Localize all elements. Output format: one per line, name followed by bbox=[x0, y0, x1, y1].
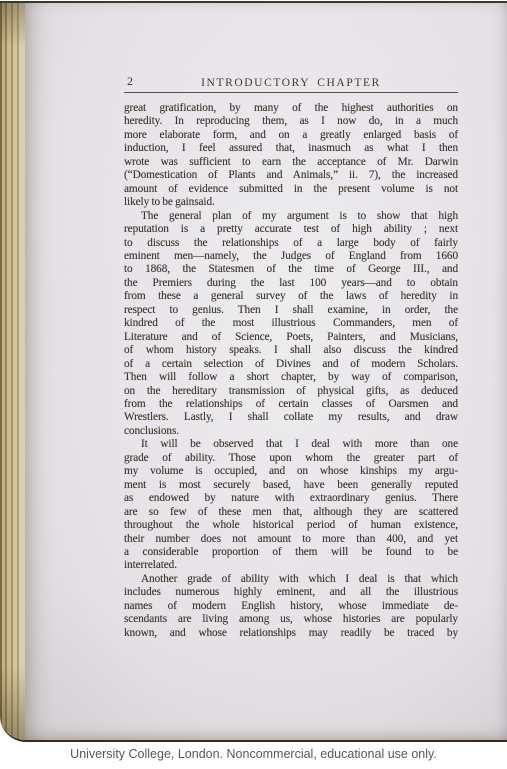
text-line: conclusions. bbox=[124, 425, 458, 438]
text-line: includes numerous highly eminent, and al… bbox=[124, 586, 458, 599]
book-scan: 2 INTRODUCTORY CHAPTER great gratificati… bbox=[0, 1, 507, 742]
text-line: my volume is occupied, and on whose kins… bbox=[124, 465, 458, 478]
page-number: 2 bbox=[127, 74, 134, 89]
text-line: (“Domestication of Plants and Animals,” … bbox=[124, 169, 458, 182]
text-line: from the relationships of certain classe… bbox=[124, 398, 458, 411]
caption-bar: University College, London. Noncommercia… bbox=[0, 742, 507, 769]
text-line: to 1868, the Statesmen of the time of Ge… bbox=[124, 263, 458, 276]
text-line: kindred of the most illustrious Commande… bbox=[124, 317, 458, 330]
text-line: the Premiers during the last 100 years—a… bbox=[124, 277, 458, 290]
body-text: great gratification, by many of the high… bbox=[124, 102, 458, 640]
text-line: as endowed by nature with extraordinary … bbox=[124, 492, 458, 505]
text-line: reputation is a pretty accurate test of … bbox=[124, 223, 458, 236]
text-line: Literature and of Science, Poets, Painte… bbox=[124, 331, 458, 344]
text-line: interrelated. bbox=[124, 559, 458, 572]
text-line: eminent men—namely, the Judges of Englan… bbox=[124, 250, 458, 263]
text-line: likely to be gainsaid. bbox=[124, 196, 458, 209]
page-content: 2 INTRODUCTORY CHAPTER great gratificati… bbox=[124, 73, 458, 640]
text-line: ment is most securely based, have been g… bbox=[124, 479, 458, 492]
text-line: known, and whose relationships may readi… bbox=[124, 627, 458, 640]
text-line: Then will follow a short chapter, by way… bbox=[124, 371, 458, 384]
text-line: of a certain selection of Divines and of… bbox=[124, 358, 458, 371]
text-line: are so few of these men that, although t… bbox=[124, 506, 458, 519]
header-rule bbox=[124, 92, 458, 93]
page-header: 2 INTRODUCTORY CHAPTER bbox=[124, 73, 458, 87]
caption-text: University College, London. Noncommercia… bbox=[70, 747, 437, 761]
text-line: on the hereditary transmission of physic… bbox=[124, 385, 458, 398]
text-line: to discuss the relationships of a large … bbox=[124, 237, 458, 250]
text-line: a considerable proportion of them will b… bbox=[124, 546, 458, 559]
text-line: from these a general survey of the laws … bbox=[124, 290, 458, 303]
text-line: Another grade of ability with which I de… bbox=[124, 573, 458, 586]
text-line: The general plan of my argument is to sh… bbox=[124, 210, 458, 223]
running-title: INTRODUCTORY CHAPTER bbox=[201, 77, 381, 89]
text-line: wrote was sufficient to earn the accepta… bbox=[124, 156, 458, 169]
text-line: of whom history speaks. I shall also dis… bbox=[124, 344, 458, 357]
text-line: It will be observed that I deal with mor… bbox=[124, 438, 458, 451]
text-line: heredity. In reproducing them, as I now … bbox=[124, 115, 458, 128]
text-line: scendants are living among us, whose his… bbox=[124, 613, 458, 626]
text-line: respect to genius. Then I shall examine,… bbox=[124, 304, 458, 317]
text-line: names of modern English history, whose i… bbox=[124, 600, 458, 613]
text-line: amount of evidence submitted in the pres… bbox=[124, 183, 458, 196]
text-line: great gratification, by many of the high… bbox=[124, 102, 458, 115]
screenshot-root: 2 INTRODUCTORY CHAPTER great gratificati… bbox=[0, 0, 507, 769]
book-page-edges bbox=[0, 3, 25, 740]
text-line: grade of ability. Those upon whom the gr… bbox=[124, 452, 458, 465]
text-line: more elaborate form, and on a greatly en… bbox=[124, 129, 458, 142]
text-line: induction, I feel assured that, inasmuch… bbox=[124, 142, 458, 155]
text-line: throughout the whole historical period o… bbox=[124, 519, 458, 532]
text-line: Wrestlers. Lastly, I shall collate my re… bbox=[124, 411, 458, 424]
text-line: their number does not amount to more tha… bbox=[124, 533, 458, 546]
